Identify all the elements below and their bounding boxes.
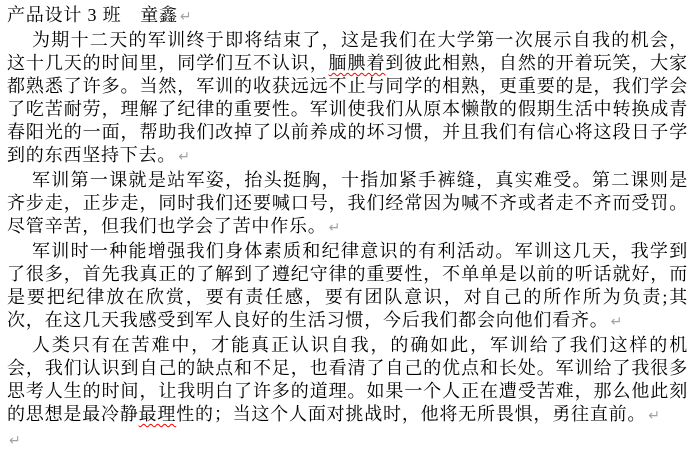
paragraph[interactable]: 人类只有在苦难中，才能真正认识自我，的确如此，军训给了我们这样的机会，我们认识到… (7, 334, 688, 428)
paragraph[interactable]: 军训第一课就是站军姿，抬头挺胸，十指加紧手裤缝，真实难受。第二课则是齐步走，正步… (7, 169, 688, 240)
misspelled-text-run: 最理 (139, 404, 177, 424)
paragraph-mark: ↵ (178, 9, 192, 25)
paragraph[interactable]: 军训时一种能增强我们身体素质和纪律意识的有利活动。军训这几天，我学到了很多，首先… (7, 240, 688, 334)
paragraph-mark: ↵ (7, 433, 21, 449)
document-title: 产品设计 3 班 童鑫 (7, 5, 178, 25)
text-run: 军训第一课就是站军姿，抬头挺胸，十指加紧手裤缝，真实难受。第二课则是齐步走，正步… (7, 170, 688, 236)
paragraph[interactable]: ↵ (7, 428, 688, 453)
paragraph-mark: ↵ (646, 408, 660, 424)
document-body: 为期十二天的军训终于即将结束了，这是我们在大学第一次展示自我的机会，这十几天的时… (7, 29, 688, 453)
document-page[interactable]: 产品设计 3 班 童鑫↵ 为期十二天的军训终于即将结束了，这是我们在大学第一次展… (0, 0, 694, 458)
paragraph-mark: ↵ (327, 220, 341, 236)
paragraph-mark: ↵ (176, 149, 190, 165)
paragraph[interactable]: 为期十二天的军训终于即将结束了，这是我们在大学第一次展示自我的机会，这十几天的时… (7, 29, 688, 169)
misspelled-text-run: 腼腆着 (329, 53, 386, 73)
paragraph-mark: ↵ (609, 314, 623, 330)
text-run: 性的；当这个人面对挑战时，他将无所畏惧，勇往直前。 (176, 404, 646, 424)
title-line: 产品设计 3 班 童鑫↵ (7, 4, 688, 29)
text-run: 军训时一种能增强我们身体素质和纪律意识的有利活动。军训这几天，我学到了很多，首先… (7, 241, 688, 330)
